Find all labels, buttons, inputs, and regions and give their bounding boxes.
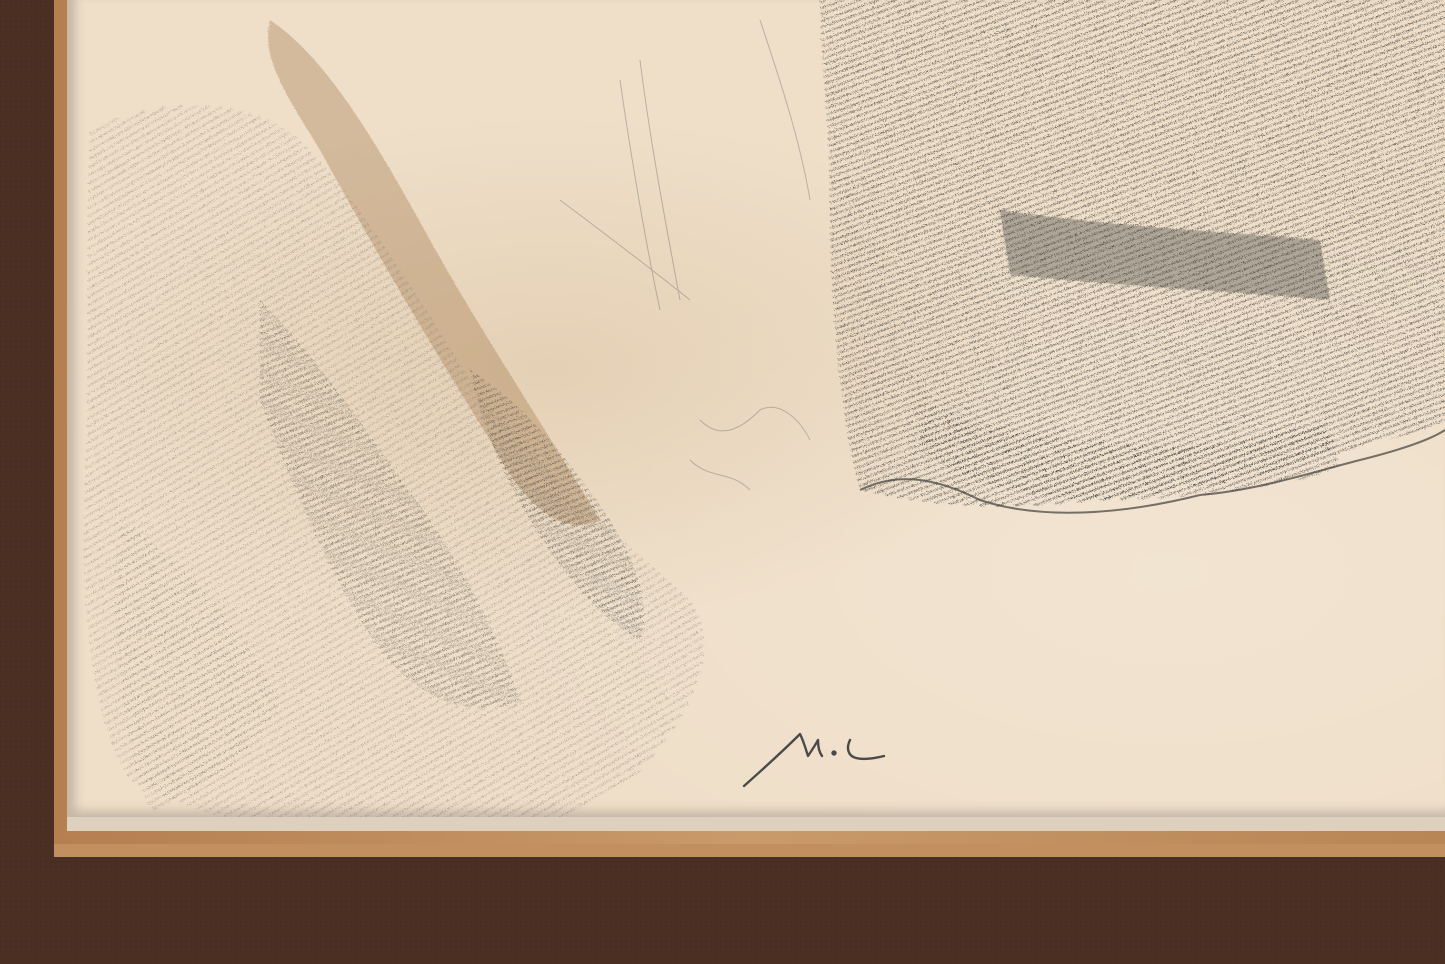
drawing-paper: N.C bbox=[67, 0, 1445, 831]
graphite-sketch bbox=[67, 0, 1445, 817]
artist-signature bbox=[742, 722, 902, 792]
